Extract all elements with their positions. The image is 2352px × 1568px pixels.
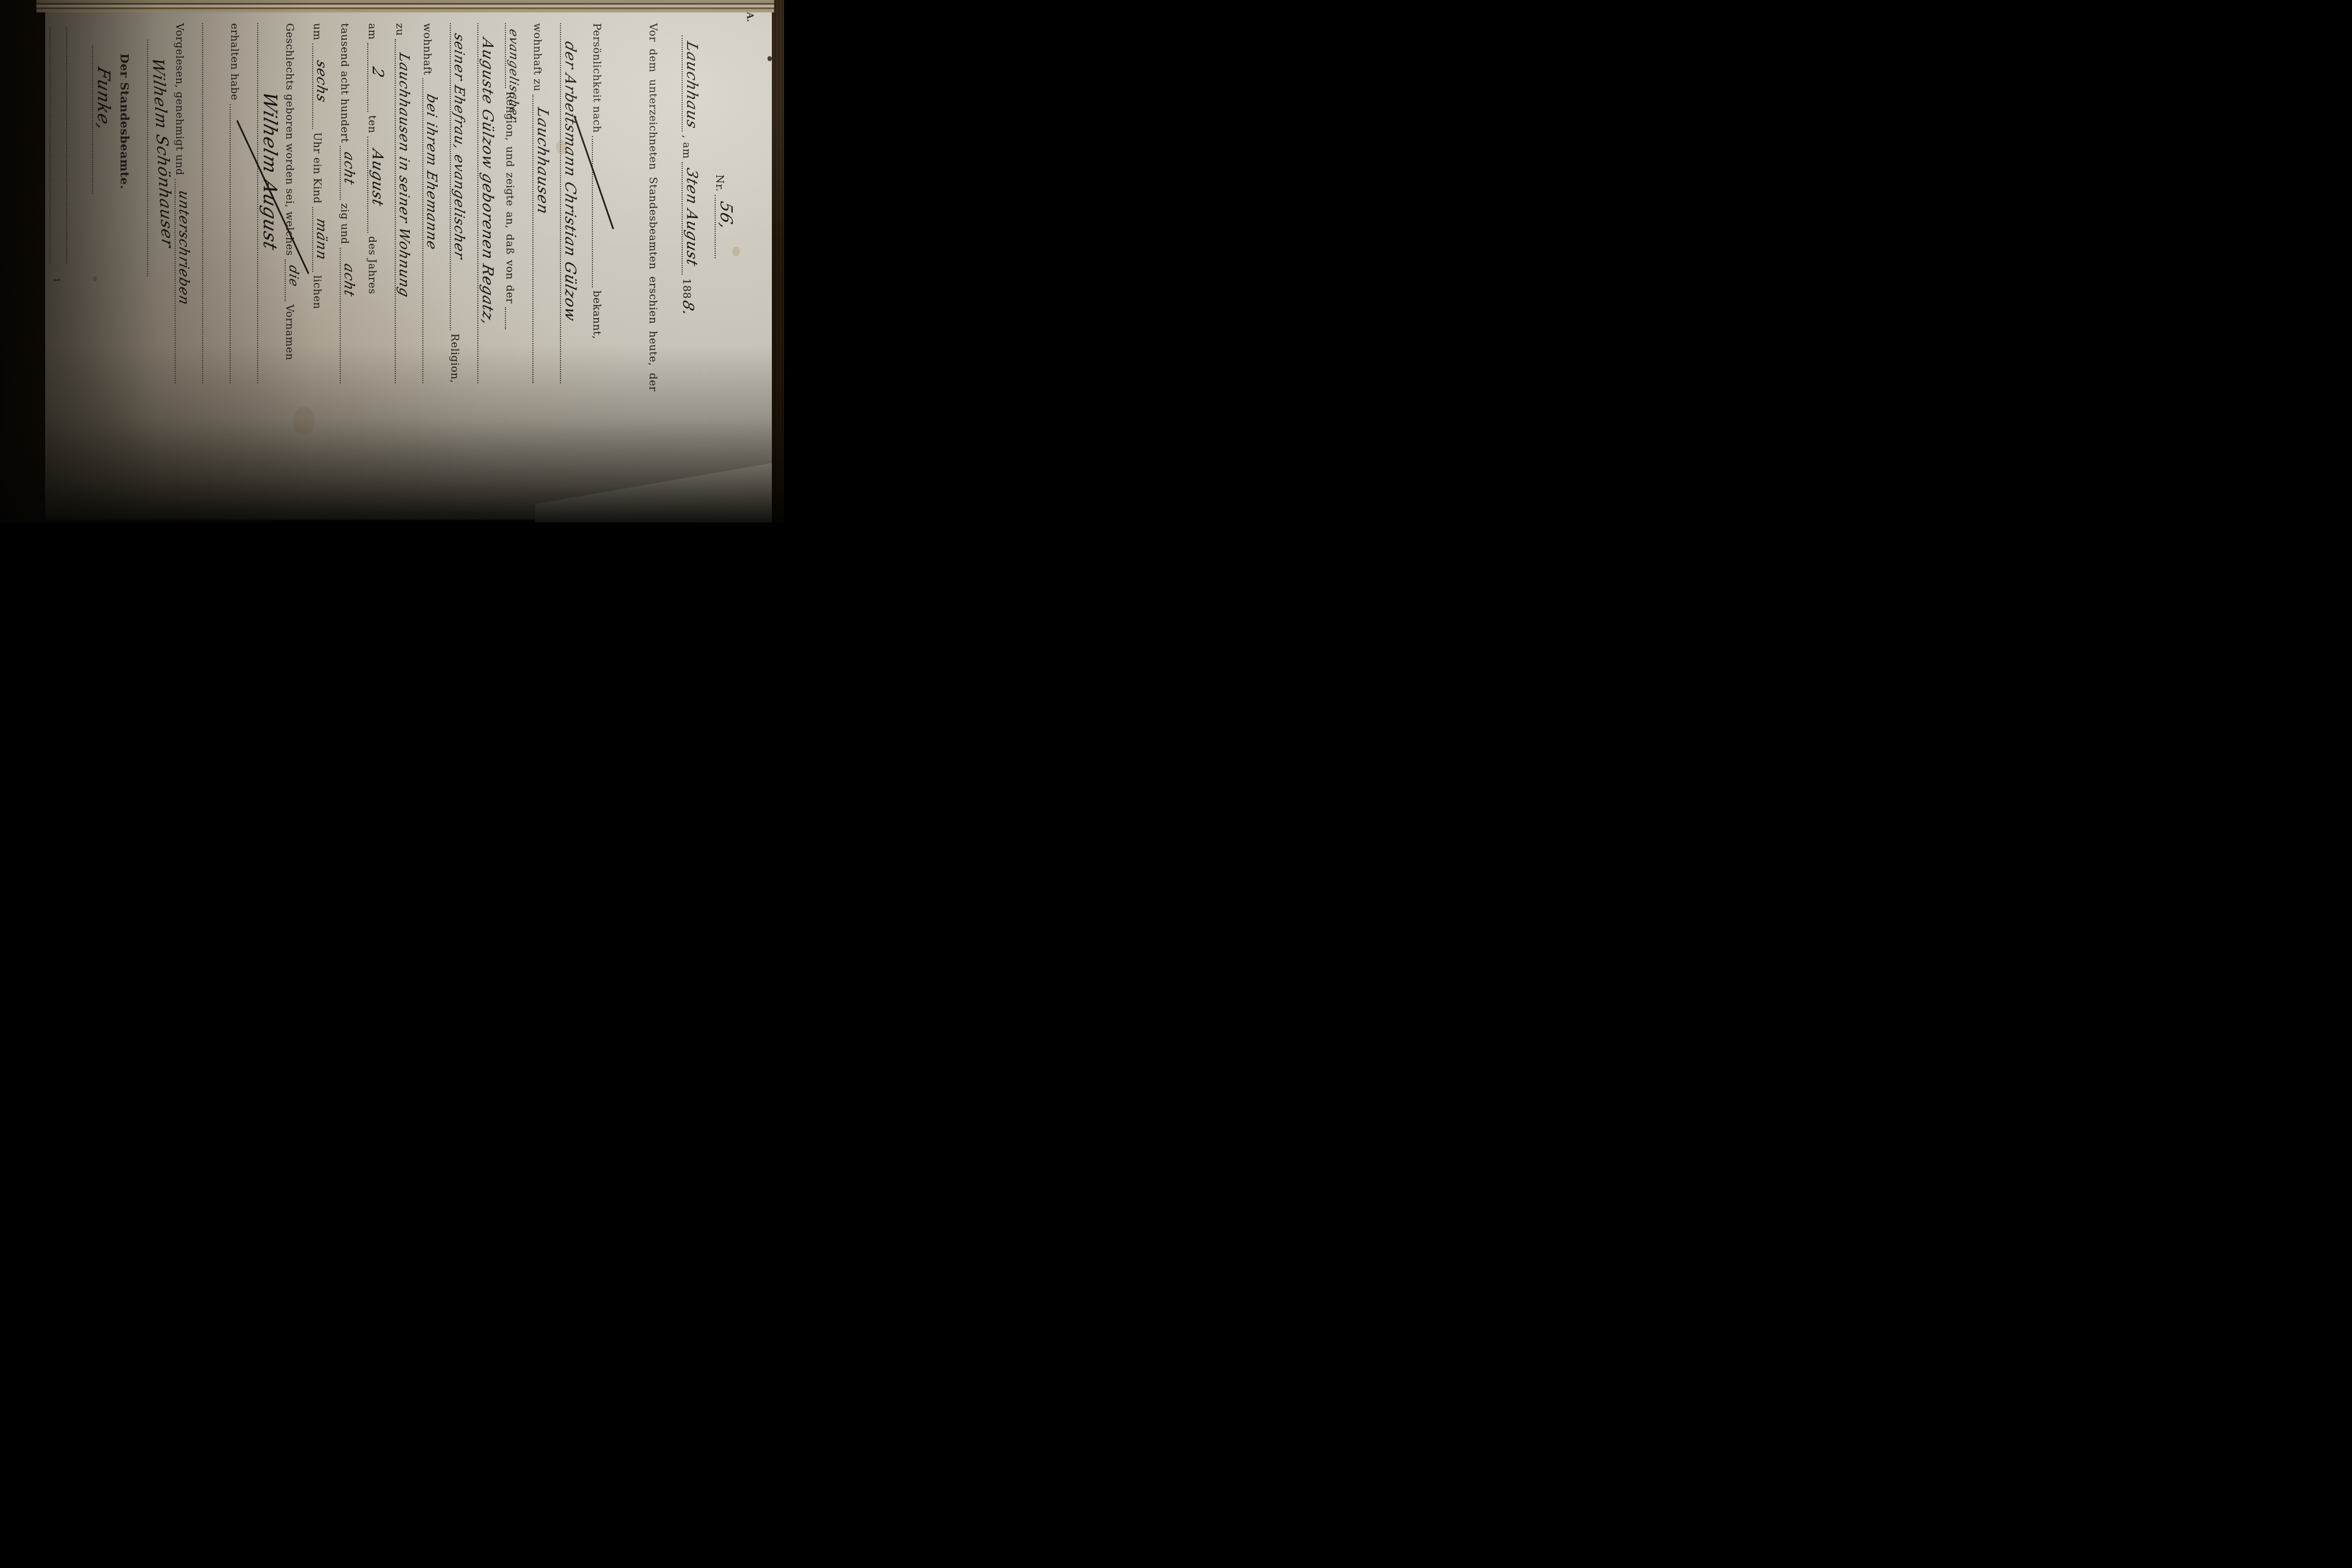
spacer (46, 21, 47, 26)
form-line: Wilhelm August (254, 21, 281, 385)
dotted-blank: Lauchhaus (682, 35, 708, 132)
form-line: Nr.56, (711, 21, 739, 385)
handwriting-entry: sechs (314, 59, 330, 105)
dotted-blank (202, 23, 228, 383)
handwriting-entry: männ (314, 217, 330, 262)
dotted-blank: der Arbeitsmann Christian Gülzow (560, 23, 586, 383)
dotted-blank: Funke, (92, 45, 118, 194)
printed-text: bekannt, (591, 289, 602, 341)
photo-stage: A. Nr.56,Lauchhaus, am3ten August1888.Vo… (0, 0, 784, 522)
form-line: der Arbeitsmann Christian Gülzow (557, 21, 584, 385)
handwriting-entry: Lauchhaus (683, 40, 700, 130)
printed-text: 188 (681, 276, 692, 301)
handwriting-entry: Lauchhausen (534, 106, 551, 216)
printed-text: Nr. (714, 173, 725, 193)
dotted-blank: Lauchhausen in seiner Wohnung (395, 39, 421, 383)
dotted-blank (50, 28, 76, 264)
form-letter: A. (745, 12, 755, 22)
printed-text: um (312, 21, 322, 42)
spacer (678, 21, 679, 34)
handwriting-entry: acht (341, 150, 357, 187)
printed-text: zig und (339, 202, 350, 246)
form-line: Persönlichkeit nachbekannt, (589, 21, 616, 385)
dotted-blank: unterschrieben (175, 179, 201, 383)
form-line: wohnhaft zuLauchhausen (529, 21, 557, 385)
ink-dot (767, 56, 772, 61)
handwriting-entry: 56, (716, 199, 736, 232)
spacer (589, 341, 590, 385)
form-line: Vorgelesen, genehmigt undunterschrieben (171, 21, 199, 385)
form-line: Funke, (89, 21, 116, 385)
stain (293, 407, 315, 435)
form-line: Lauchhaus, am3ten August1888. (678, 21, 706, 385)
handwriting-entry: Wilhelm Schönhauser (149, 56, 177, 249)
dotted-blank: Auguste Gülzow geborenen Regatz, (477, 23, 504, 383)
handwriting-entry: die (286, 264, 301, 288)
dotted-blank: sechs (312, 43, 339, 129)
printed-text: Vorgelesen, genehmigt und (174, 21, 184, 177)
printed-text: wohnhaft zu (532, 21, 542, 93)
printed-text: Vor dem unterzeichneten Standesbeamten e… (647, 21, 658, 393)
form-line: Geschlechts geboren worden sei, welchesd… (281, 21, 309, 385)
handwriting-entry: 3ten August (683, 166, 700, 268)
form-line: Vor dem unterzeichneten Standesbeamten e… (645, 21, 672, 385)
dotted-blank: seiner Ehefrau, evangelischer (450, 23, 476, 330)
form-line: tausend acht hundertachtzig undacht (336, 21, 364, 385)
handwriting-entry: August (369, 148, 386, 208)
dotted-blank: evangelischer (505, 23, 531, 88)
printed-text: Religion, und zeigte an, daß von der (504, 90, 515, 306)
dotted-blank: Wilhelm Schönhauser (147, 40, 173, 276)
dotted-blank: Lauchhausen (532, 95, 559, 383)
form-line: evangelischerReligion, und zeigte an, da… (502, 21, 529, 385)
handwriting-entry: unterschrieben (176, 189, 192, 307)
form-line: umsechsUhr ein Kindmännlichen (309, 21, 336, 385)
printed-text: Uhr ein Kind (312, 130, 322, 205)
spacer (144, 278, 145, 388)
printed-text: , am (681, 133, 692, 160)
dotted-blank: die (285, 259, 311, 301)
dotted-blank: Wilhelm August (257, 23, 284, 383)
printed-text: ten (367, 113, 377, 135)
spacer (645, 393, 646, 426)
stain (732, 247, 740, 257)
handwriting-entry: evangelischer (507, 28, 520, 123)
dotted-blank: acht (340, 248, 366, 383)
printed-text: Der Standesbeamte. (119, 52, 130, 191)
form-line (46, 21, 74, 385)
handwriting-entry: 2 (369, 65, 387, 80)
spacer (711, 21, 712, 173)
dotted-blank (230, 104, 256, 383)
printed-text: am (367, 21, 377, 41)
dotted-blank: 3ten August (682, 162, 708, 275)
printed-text: Religion, (449, 332, 460, 385)
handwriting-entry: bei ihrem Ehemanne (424, 92, 440, 252)
form-line: seiner Ehefrau, evangelischerReligion, (447, 21, 474, 385)
form-line: am2tenAugustdes Jahres (364, 21, 391, 385)
handwriting-entry: Auguste Gülzow geborenen Regatz, (479, 36, 496, 328)
handwriting-entry: acht (341, 262, 357, 298)
spacer (144, 21, 145, 38)
handwriting-entry: seiner Ehefrau, evangelischer (451, 32, 467, 261)
dotted-blank: bei ihrem Ehemanne (422, 78, 449, 383)
handwriting-entry: der Arbeitsmann Christian Gülzow (562, 40, 579, 323)
printed-text: wohnhaft (422, 21, 432, 77)
handwriting-entry: Lauchhausen in seiner Wohnung (396, 51, 412, 300)
document-page: A. Nr.56,Lauchhaus, am3ten August1888.Vo… (45, 2, 772, 520)
dotted-blank (505, 307, 531, 329)
form-line: zuLauchhausen in seiner Wohnung (391, 21, 419, 385)
dotted-blank: acht (340, 146, 366, 200)
printed-text: des Jahres (367, 235, 377, 296)
form-line: erhalten habe (226, 21, 254, 385)
form-line: Der Standesbeamte. (116, 21, 144, 385)
form-line: Auguste Gülzow geborenen Regatz, (474, 21, 502, 385)
printed-text: zu (394, 21, 405, 37)
printed-text: Persönlichkeit nach (591, 21, 602, 134)
dotted-blank: August (367, 137, 394, 233)
handwriting-entry: Wilhelm August (259, 89, 281, 253)
stain (93, 276, 97, 281)
page-number: 1 (52, 277, 62, 283)
dotted-blank: männ (312, 207, 339, 272)
printed-text: Vornamen (284, 303, 295, 362)
form-line: wohnhaftbei ihrem Ehemanne (419, 21, 447, 385)
dotted-blank (592, 136, 618, 287)
form-line (199, 21, 226, 385)
printed-text: lichen (312, 274, 322, 311)
dotted-blank: 2 (367, 43, 394, 112)
stain (556, 140, 567, 154)
form-line: Wilhelm Schönhauser (144, 21, 171, 385)
handwriting-entry: 8. (679, 298, 696, 318)
printed-text: tausend acht hundert (339, 21, 350, 144)
handwriting-entry: Funke, (94, 65, 113, 133)
printed-text: erhalten habe (229, 21, 239, 102)
